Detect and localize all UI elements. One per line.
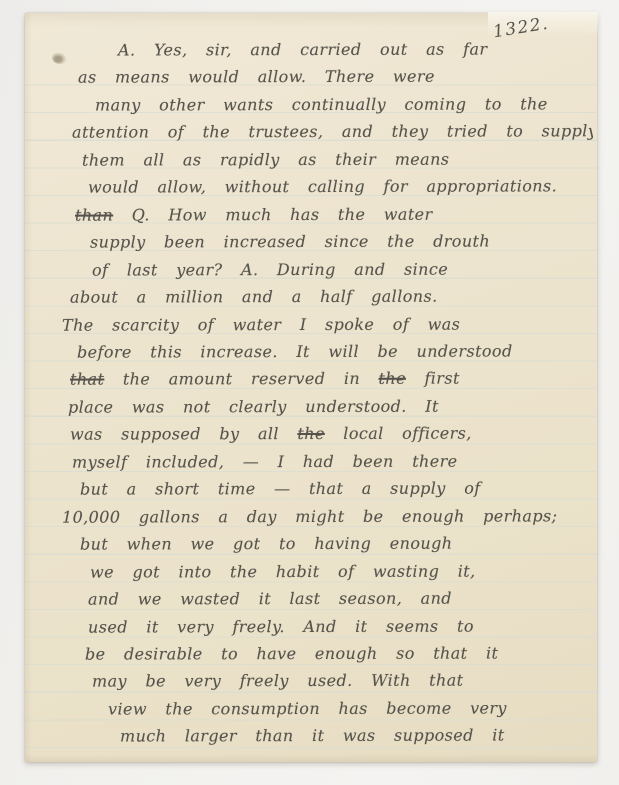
struck-word: the [379, 369, 406, 388]
handwritten-line: that the amount reserved in the first [25, 365, 593, 394]
handwritten-line: A. Yes, sir, and carried out as far [25, 35, 593, 64]
handwritten-line: The scarcity of water I spoke of was [25, 310, 593, 339]
handwritten-line: but when we got to having enough [25, 529, 593, 558]
text-segment: attention of the trustees, and they trie… [72, 122, 593, 142]
text-segment: of last year? A. During and since [92, 259, 448, 279]
handwritten-line: much larger than it was supposed it [25, 722, 593, 751]
text-segment: local officers, [325, 424, 472, 443]
text-segment: as means would allow. There were [78, 67, 435, 87]
text-segment: the amount reserved in [104, 369, 378, 389]
handwritten-line: would allow, without calling for appropr… [25, 173, 593, 202]
handwritten-line: supply been increased since the drouth [25, 227, 593, 256]
text-segment: would allow, without calling for appropr… [88, 177, 557, 197]
text-segment: A. Yes, sir, and carried out as far [118, 40, 487, 60]
handwritten-line: before this increase. It will be underst… [25, 337, 593, 366]
text-segment: view the consumption has become very [108, 698, 507, 718]
text-segment: was supposed by all [70, 424, 297, 444]
paper-edge-shadow-bottom [25, 754, 597, 762]
handwritten-line: be desirable to have enough so that it [25, 639, 593, 668]
handwritten-line: attention of the trustees, and they trie… [25, 118, 593, 147]
handwritten-line: about a million and a half gallons. [25, 282, 593, 311]
struck-word: that [70, 370, 104, 389]
text-segment: before this increase. It will be underst… [77, 341, 513, 361]
handwritten-line: was supposed by all the local officers, [25, 420, 593, 449]
text-segment: be desirable to have enough so that it [85, 643, 498, 663]
handwritten-line: of last year? A. During and since [25, 255, 593, 284]
text-segment: but a short time — that a supply of [80, 479, 481, 499]
handwritten-line: place was not clearly understood. It [25, 392, 593, 421]
struck-word: the [297, 424, 324, 443]
text-segment: about a million and a half gallons. [70, 287, 438, 307]
text-segment: The scarcity of water I spoke of was [62, 314, 460, 334]
handwritten-line: as means would allow. There were [25, 63, 593, 92]
handwritten-line: myself included, — I had been there [25, 447, 593, 476]
handwritten-line: we got into the habit of wasting it, [25, 557, 593, 586]
text-segment: many other wants continually coming to t… [95, 94, 548, 114]
text-segment: supply been increased since the drouth [90, 232, 490, 252]
manuscript-page: 1322. A. Yes, sir, and carried out as fa… [25, 13, 597, 762]
handwritten-line: view the consumption has become very [25, 694, 593, 723]
handwritten-line: may be very freely used. With that [25, 667, 593, 696]
handwritten-line: 10,000 gallons a day might be enough per… [25, 502, 593, 531]
text-segment: myself included, — I had been there [72, 451, 458, 471]
text-segment: but when we got to having enough [80, 534, 452, 554]
handwritten-line: and we wasted it last season, and [25, 584, 593, 613]
text-segment: used it very freely. And it seems to [88, 616, 474, 636]
struck-word: than [75, 205, 113, 224]
handwritten-line: than Q. How much has the water [25, 200, 593, 229]
text-segment: them all as rapidly as their means [82, 149, 449, 169]
scan-background: { "colors": { "paper": "#ece3cd", "ink":… [0, 0, 619, 785]
text-segment: and we wasted it last season, and [88, 589, 452, 609]
handwritten-line: many other wants continually coming to t… [25, 90, 593, 119]
text-segment: Q. How much has the water [113, 204, 432, 224]
text-segment: 10,000 gallons a day might be enough per… [62, 506, 557, 526]
handwritten-line: them all as rapidly as their means [25, 145, 593, 174]
text-segment: much larger than it was supposed it [120, 726, 505, 746]
text-segment: may be very freely used. With that [92, 671, 464, 691]
text-segment: place was not clearly understood. It [68, 397, 439, 417]
handwritten-line: used it very freely. And it seems to [25, 612, 593, 641]
handwritten-line: but a short time — that a supply of [25, 475, 593, 504]
text-segment: we got into the habit of wasting it, [90, 561, 476, 581]
handwritten-text-block: A. Yes, sir, and carried out as faras me… [25, 36, 593, 750]
text-segment: first [406, 369, 460, 388]
